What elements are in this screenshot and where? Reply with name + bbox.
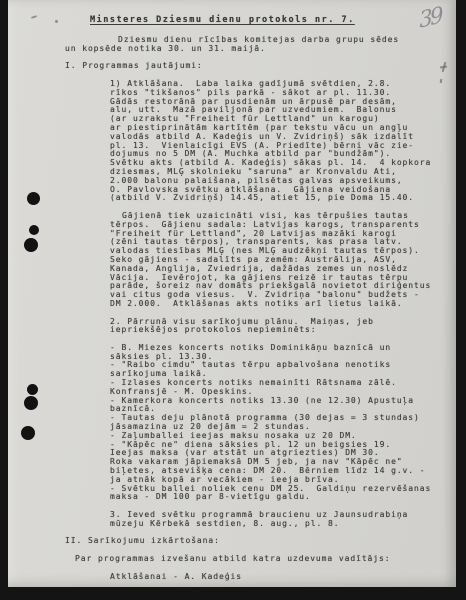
document-line: un kopsēde notika 30. un 31. maijā. xyxy=(65,45,458,54)
ink-blot xyxy=(27,192,40,205)
ink-blot xyxy=(29,225,39,235)
document-line: - Kamerkora koncerts notiks 13.30 (ne 12… xyxy=(110,397,458,406)
handwritten-page-number: 39 xyxy=(418,3,441,34)
ink-blot xyxy=(21,426,35,440)
paper-speck xyxy=(55,20,58,23)
page: Minsteres Dziesmu dienu protokols nr. 7.… xyxy=(0,0,458,590)
ink-blot xyxy=(24,396,38,410)
document-line: (atbild V. Zvidriņš) 14.45, atiet 15, pi… xyxy=(110,194,458,203)
document-line: II. Sarīkojumu izkārtošana: xyxy=(65,537,458,546)
document-line: maksa - DM 100 par 8-vietīgu galdu. xyxy=(110,493,458,502)
document-title: Minsteres Dziesmu dienu protokols nr. 7. xyxy=(90,15,355,25)
document-line: Atklāšanai - A. Kadeģis xyxy=(110,573,458,582)
scan-border-right xyxy=(456,0,466,600)
document-line: DM 2.000. Atklāšanas akts notiks arī lie… xyxy=(110,300,458,309)
scan-border-bottom xyxy=(0,587,466,600)
scan-border-left xyxy=(0,0,8,600)
paper-speck xyxy=(31,15,37,19)
ink-blot xyxy=(24,238,38,252)
ink-blot xyxy=(27,384,38,395)
scanned-document: Minsteres Dziesmu dienu protokols nr. 7.… xyxy=(0,0,466,600)
document-line: iepriekšējos protokolos nepieminēts: xyxy=(110,326,458,335)
document-body: Dziesmu dienu rīcības komitejas darba gr… xyxy=(0,36,458,581)
document-line: Par programmas izvešanu atbild katra uzd… xyxy=(75,555,458,564)
document-line: I. Programmas jautājumi: xyxy=(65,62,458,71)
document-line: mūzeju Kērbekā sestdien, 8. aug., pl. 8. xyxy=(110,520,458,529)
